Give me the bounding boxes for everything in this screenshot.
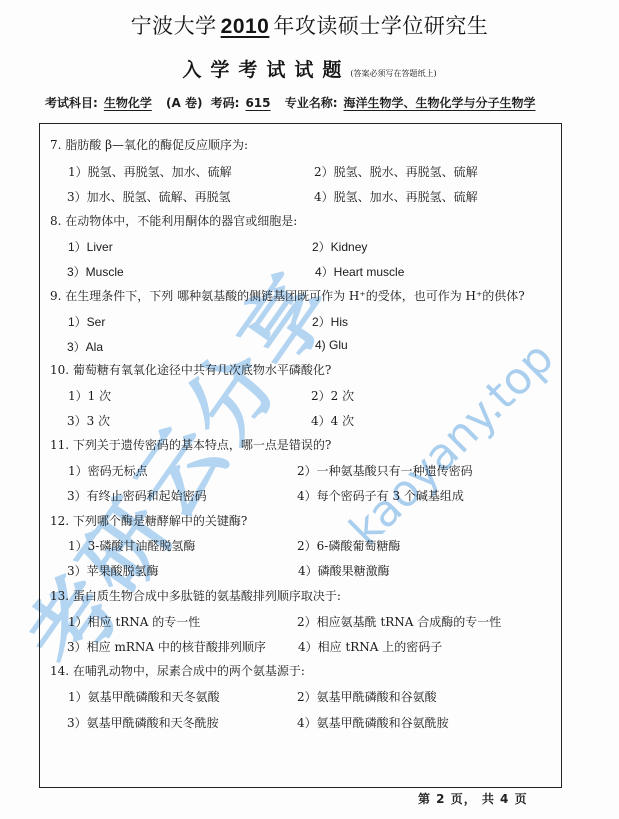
option: 1）Ser (68, 313, 105, 330)
option: 1）Liver (68, 238, 113, 255)
question-8: 8. 在动物体中，不能利用酮体的器官或细胞是: (50, 212, 297, 229)
option: 2）脱氢、脱水、再脱氢、硫解 (314, 163, 478, 180)
option: 2）Kidney (312, 238, 367, 255)
option: 4）4 次 (311, 412, 354, 429)
question-12: 12. 下列哪个酶是糖酵解中的关键酶? (50, 512, 247, 529)
code-label: 考码: (211, 96, 240, 110)
option: 3）氨基甲酰磷酸和天冬酰胺 (67, 714, 219, 731)
option: 3）Ala (67, 338, 103, 355)
option: 2）氨基甲酰磷酸和谷氨酸 (297, 688, 437, 705)
question-13: 13. 蛋白质生物合成中多肽链的氨基酸排列顺序取决于: (50, 587, 341, 604)
option: 3）相应 mRNA 中的核苷酸排列顺序 (67, 638, 266, 655)
exam-meta: 考试科目:生物化学 (A 卷) 考码:615 专业名称:海洋生物学、生物化学与分… (45, 94, 542, 111)
option: 4) Glu (315, 338, 348, 352)
question-14: 14. 在哺乳动物中，尿素合成中的两个氨基源于: (50, 662, 305, 679)
option: 2）一种氨基酸只有一种遗传密码 (297, 462, 473, 479)
question-11: 11. 下列关于遗传密码的基本特点，哪一点是错误的? (50, 436, 331, 453)
exam-note: (答案必须写在答题纸上) (350, 69, 436, 78)
paper-version: (A 卷) (166, 96, 202, 110)
page-title: 宁波大学2010年攻读硕士学位研究生 (0, 10, 619, 40)
option: 4）脱氢、加水、再脱氢、硫解 (314, 188, 478, 205)
option: 3）Muscle (67, 263, 124, 280)
university-name: 宁波大学 (131, 14, 217, 38)
option: 1）3-磷酸甘油醛脱氢酶 (68, 537, 195, 554)
major-label: 专业名称: (285, 96, 338, 110)
option: 2）6-磷酸葡萄糖酶 (297, 537, 400, 554)
option: 3）3 次 (67, 412, 110, 429)
option: 1）相应 tRNA 的专一性 (68, 613, 200, 630)
option: 1）1 次 (68, 387, 111, 404)
option: 3）苹果酸脱氢酶 (67, 562, 159, 579)
option: 1）氨基甲酰磷酸和天冬氨酸 (68, 688, 220, 705)
subject-label: 考试科目: (45, 96, 98, 110)
question-9: 9. 在生理条件下，下列 哪种氨基酸的侧链基团既可作为 H⁺的受体，也可作为 H… (50, 287, 525, 304)
option: 4）Heart muscle (315, 263, 404, 280)
exam-title: 入学考试试题(答案必须写在答题纸上) (0, 55, 619, 82)
title-rest: 年攻读硕士学位研究生 (273, 14, 488, 38)
option: 1）密码无标点 (68, 462, 148, 479)
major-value: 海洋生物学、生物化学与分子生物学 (338, 96, 542, 110)
question-10: 10. 葡萄糖有氧氧化途径中共有几次底物水平磷酸化? (50, 361, 331, 378)
question-7: 7. 脂肪酸 β—氧化的酶促反应顺序为: (50, 136, 248, 153)
subject-value: 生物化学 (98, 96, 158, 110)
option: 2）His (312, 313, 348, 330)
option: 3）加水、脱氢、硫解、再脱氢 (67, 188, 231, 205)
option: 2）相应氨基酰 tRNA 合成酶的专一性 (297, 613, 501, 630)
option: 4）氨基甲酰磷酸和谷氨酰胺 (297, 714, 449, 731)
exam-title-main: 入学考试试题 (182, 59, 350, 81)
option: 2）2 次 (311, 387, 354, 404)
option: 4）每个密码子有 3 个碱基组成 (297, 487, 464, 504)
code-value: 615 (239, 96, 276, 110)
option: 3）有终止密码和起始密码 (67, 487, 207, 504)
exam-year: 2010 (217, 15, 274, 38)
option: 4）相应 tRNA 上的密码子 (298, 638, 442, 655)
option: 4）磷酸果糖激酶 (298, 562, 390, 579)
page-number: 第 2 页， 共 4 页 (418, 790, 528, 807)
option: 1）脱氢、再脱氢、加水、硫解 (68, 163, 232, 180)
